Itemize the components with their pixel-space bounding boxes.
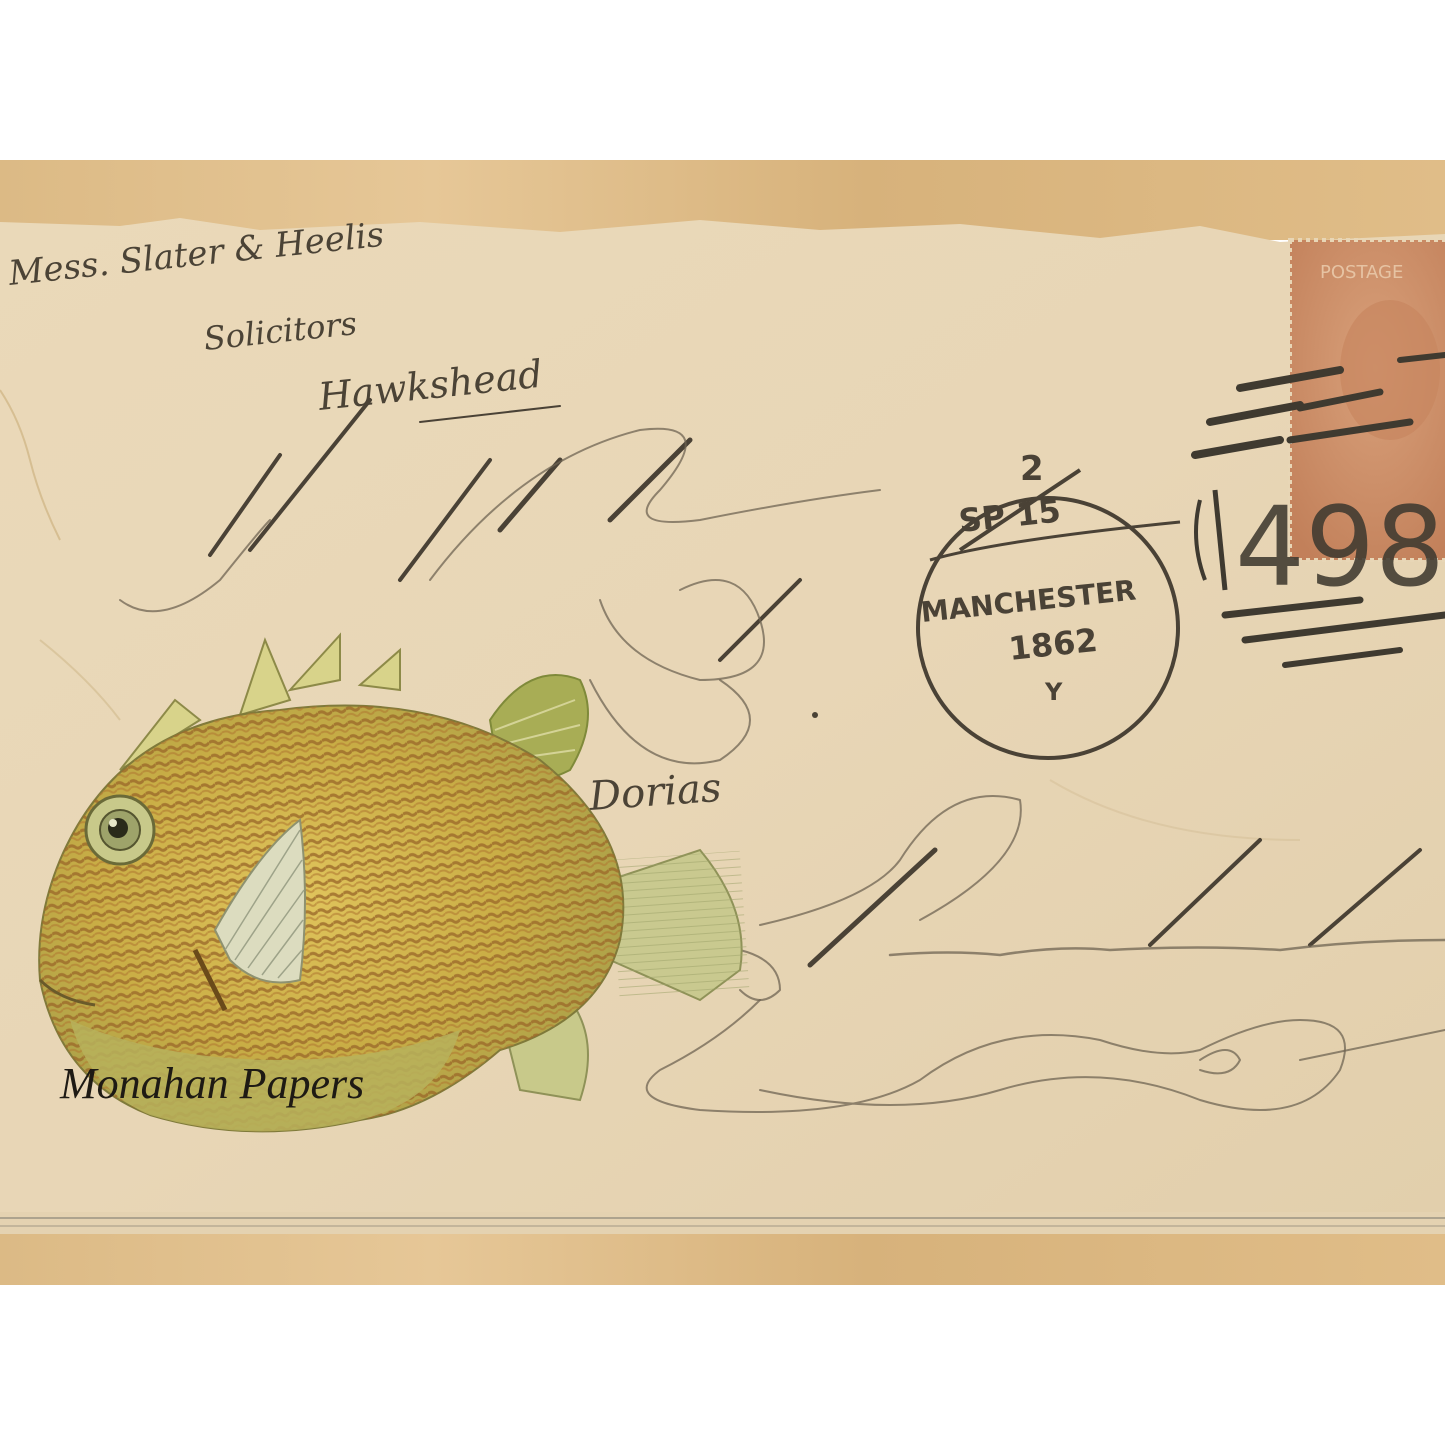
cancellation-number: 498: [1235, 483, 1445, 611]
watermark: Monahan Papers: [59, 1059, 364, 1108]
postmark-day: 2: [1020, 449, 1044, 489]
postmark-code: Y: [1044, 678, 1063, 706]
envelope-image: Mess. Slater & Heelis Solicitors Hawkshe…: [0, 160, 1445, 1285]
recipient-line3: Dorias: [586, 765, 722, 820]
bottom-edge: [0, 1232, 1445, 1285]
stamp-top-text: POSTAGE: [1320, 262, 1403, 283]
